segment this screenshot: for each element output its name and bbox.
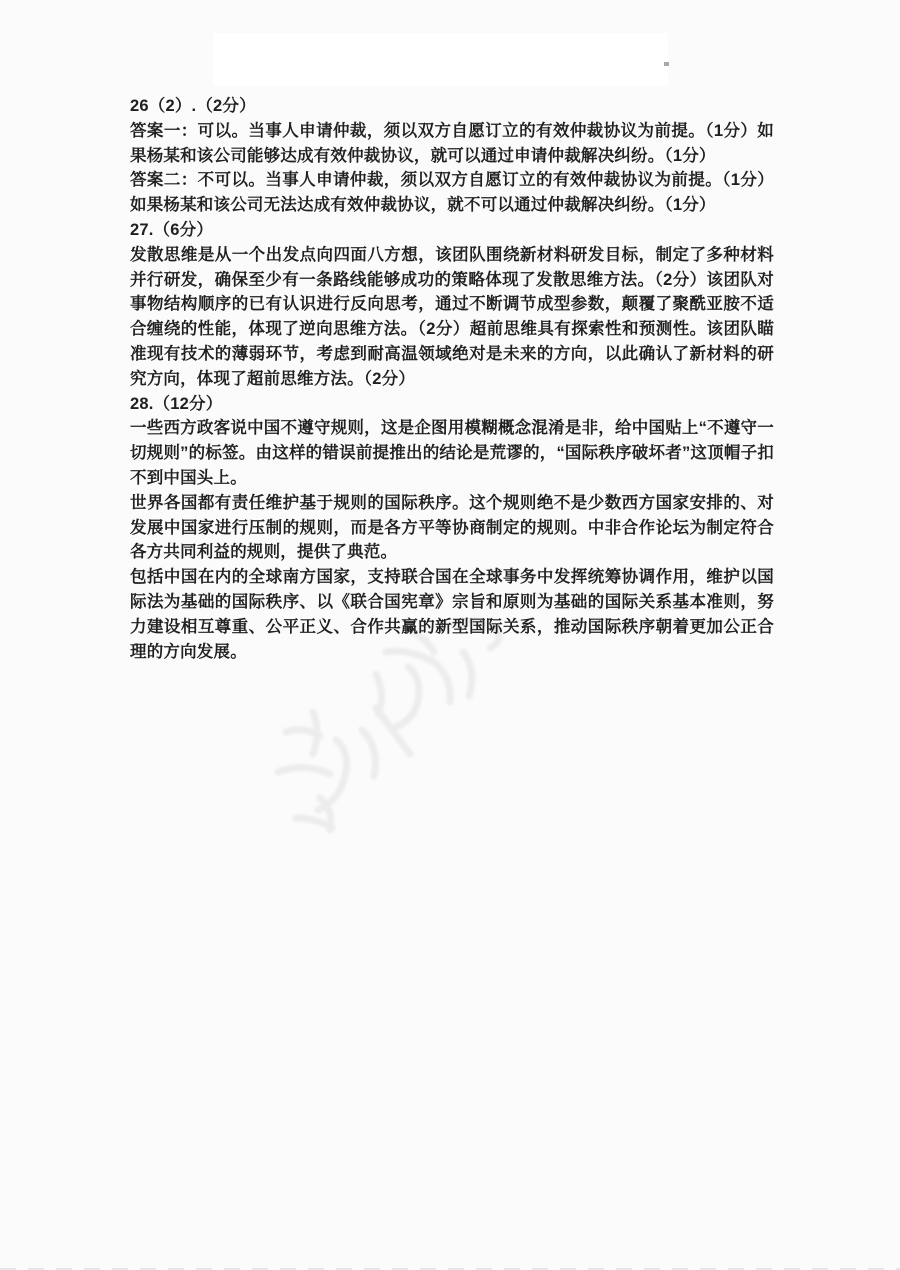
scanned-answer-page: 26（2）.（2分）答案一：可以。当事人申请仲裁，须以双方自愿订立的有效仲裁协议… bbox=[0, 0, 900, 1270]
scan-artifact-dot bbox=[664, 62, 669, 66]
answer-paragraph: 答案一：可以。当事人申请仲裁，须以双方自愿订立的有效仲裁协议为前提。（1分）如果… bbox=[130, 119, 774, 169]
erased-header-area bbox=[213, 33, 668, 86]
question-number: 26（2）.（2分） bbox=[130, 94, 774, 119]
answer-section: 26（2）.（2分）答案一：可以。当事人申请仲裁，须以双方自愿订立的有效仲裁协议… bbox=[130, 94, 774, 218]
answer-paragraph: 一些西方政客说中国不遵守规则，这是企图用模糊概念混淆是非，给中国贴上“不遵守一切… bbox=[130, 416, 774, 490]
question-number: 28.（12分） bbox=[130, 392, 774, 417]
answer-paragraph: 答案二：不可以。当事人申请仲裁，须以双方自愿订立的有效仲裁协议为前提。（1分）如… bbox=[130, 168, 774, 218]
question-number: 27.（6分） bbox=[130, 218, 774, 243]
answer-paragraph: 世界各国都有责任维护基于规则的国际秩序。这个规则绝不是少数西方国家安排的、对发展… bbox=[130, 491, 774, 565]
answer-section: 27.（6分）发散思维是从一个出发点向四面八方想，该团队围绕新材料研发目标，制定… bbox=[130, 218, 774, 392]
answer-paragraph: 包括中国在内的全球南方国家，支持联合国在全球事务中发挥统筹协调作用，维护以国际法… bbox=[130, 565, 774, 664]
answer-paragraph: 发散思维是从一个出发点向四面八方想，该团队围绕新材料研发目标，制定了多种材料并行… bbox=[130, 243, 774, 392]
answer-section: 28.（12分）一些西方政客说中国不遵守规则，这是企图用模糊概念混淆是非，给中国… bbox=[130, 392, 774, 665]
document-body: 26（2）.（2分）答案一：可以。当事人申请仲裁，须以双方自愿订立的有效仲裁协议… bbox=[130, 94, 774, 664]
